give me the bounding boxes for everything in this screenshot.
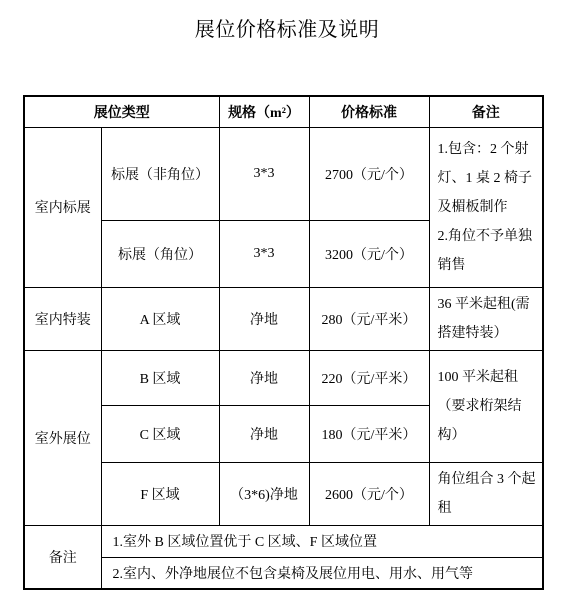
document-page: 展位价格标准及说明 展位类型 规格（m²） 价格标准 备注 室内标展 标展（非角… <box>0 13 574 590</box>
table-row: F 区域 （3*6)净地 2600（元/个） 角位组合 3 个起租 <box>24 462 543 525</box>
table-row: 备注 1.室外 B 区域位置优于 C 区域、F 区域位置 <box>24 525 543 557</box>
table-row: 室外展位 B 区域 净地 220（元/平米） 100 平米起租（要求桁架结构） <box>24 350 543 405</box>
cell-spec-zone-b: 净地 <box>219 350 309 405</box>
group-outdoor: 室外展位 <box>24 350 101 525</box>
cell-type-standard-corner: 标展（角位） <box>101 220 219 287</box>
header-price: 价格标准 <box>309 96 429 127</box>
header-remark: 备注 <box>429 96 543 127</box>
document-title: 展位价格标准及说明 <box>0 13 574 42</box>
cell-remark-indoor-special: 36 平米起租(需搭建特装） <box>429 287 543 350</box>
group-indoor-standard: 室内标展 <box>24 127 101 287</box>
cell-price-standard-corner: 3200（元/个） <box>309 220 429 287</box>
cell-spec-standard-noncorner: 3*3 <box>219 127 309 220</box>
bottom-note-1: 1.室外 B 区域位置优于 C 区域、F 区域位置 <box>101 525 543 557</box>
cell-remark-outdoor-bc: 100 平米起租（要求桁架结构） <box>429 350 543 462</box>
cell-type-zone-c: C 区域 <box>101 405 219 462</box>
booth-price-table: 展位类型 规格（m²） 价格标准 备注 室内标展 标展（非角位） 3*3 270… <box>23 95 544 590</box>
cell-price-zone-f: 2600（元/个） <box>309 462 429 525</box>
table-row: 室内特装 A 区域 净地 280（元/平米） 36 平米起租(需搭建特装） <box>24 287 543 350</box>
cell-spec-zone-f: （3*6)净地 <box>219 462 309 525</box>
remark-paragraph-2: 2.角位不予单独销售 <box>438 222 538 280</box>
cell-spec-standard-corner: 3*3 <box>219 220 309 287</box>
group-bottom-notes: 备注 <box>24 525 101 589</box>
header-spec: 规格（m²） <box>219 96 309 127</box>
group-indoor-special: 室内特装 <box>24 287 101 350</box>
cell-type-zone-b: B 区域 <box>101 350 219 405</box>
cell-type-zone-a: A 区域 <box>101 287 219 350</box>
cell-spec-zone-a: 净地 <box>219 287 309 350</box>
table-row: 2.室内、外净地展位不包含桌椅及展位用电、用水、用气等 <box>24 557 543 589</box>
cell-remark-outdoor-f: 角位组合 3 个起租 <box>429 462 543 525</box>
cell-price-standard-noncorner: 2700（元/个） <box>309 127 429 220</box>
cell-price-zone-b: 220（元/平米） <box>309 350 429 405</box>
cell-remark-indoor-standard: 1.包含：2 个射灯、1 桌 2 椅子及楣板制作 2.角位不予单独销售 <box>429 127 543 287</box>
cell-price-zone-a: 280（元/平米） <box>309 287 429 350</box>
header-booth-type: 展位类型 <box>24 96 219 127</box>
bottom-note-2: 2.室内、外净地展位不包含桌椅及展位用电、用水、用气等 <box>101 557 543 589</box>
cell-type-standard-noncorner: 标展（非角位） <box>101 127 219 220</box>
cell-spec-zone-c: 净地 <box>219 405 309 462</box>
table-row: 室内标展 标展（非角位） 3*3 2700（元/个） 1.包含：2 个射灯、1 … <box>24 127 543 220</box>
cell-type-zone-f: F 区域 <box>101 462 219 525</box>
remark-paragraph-1: 1.包含：2 个射灯、1 桌 2 椅子及楣板制作 <box>438 135 538 222</box>
table-header-row: 展位类型 规格（m²） 价格标准 备注 <box>24 96 543 127</box>
cell-price-zone-c: 180（元/平米） <box>309 405 429 462</box>
